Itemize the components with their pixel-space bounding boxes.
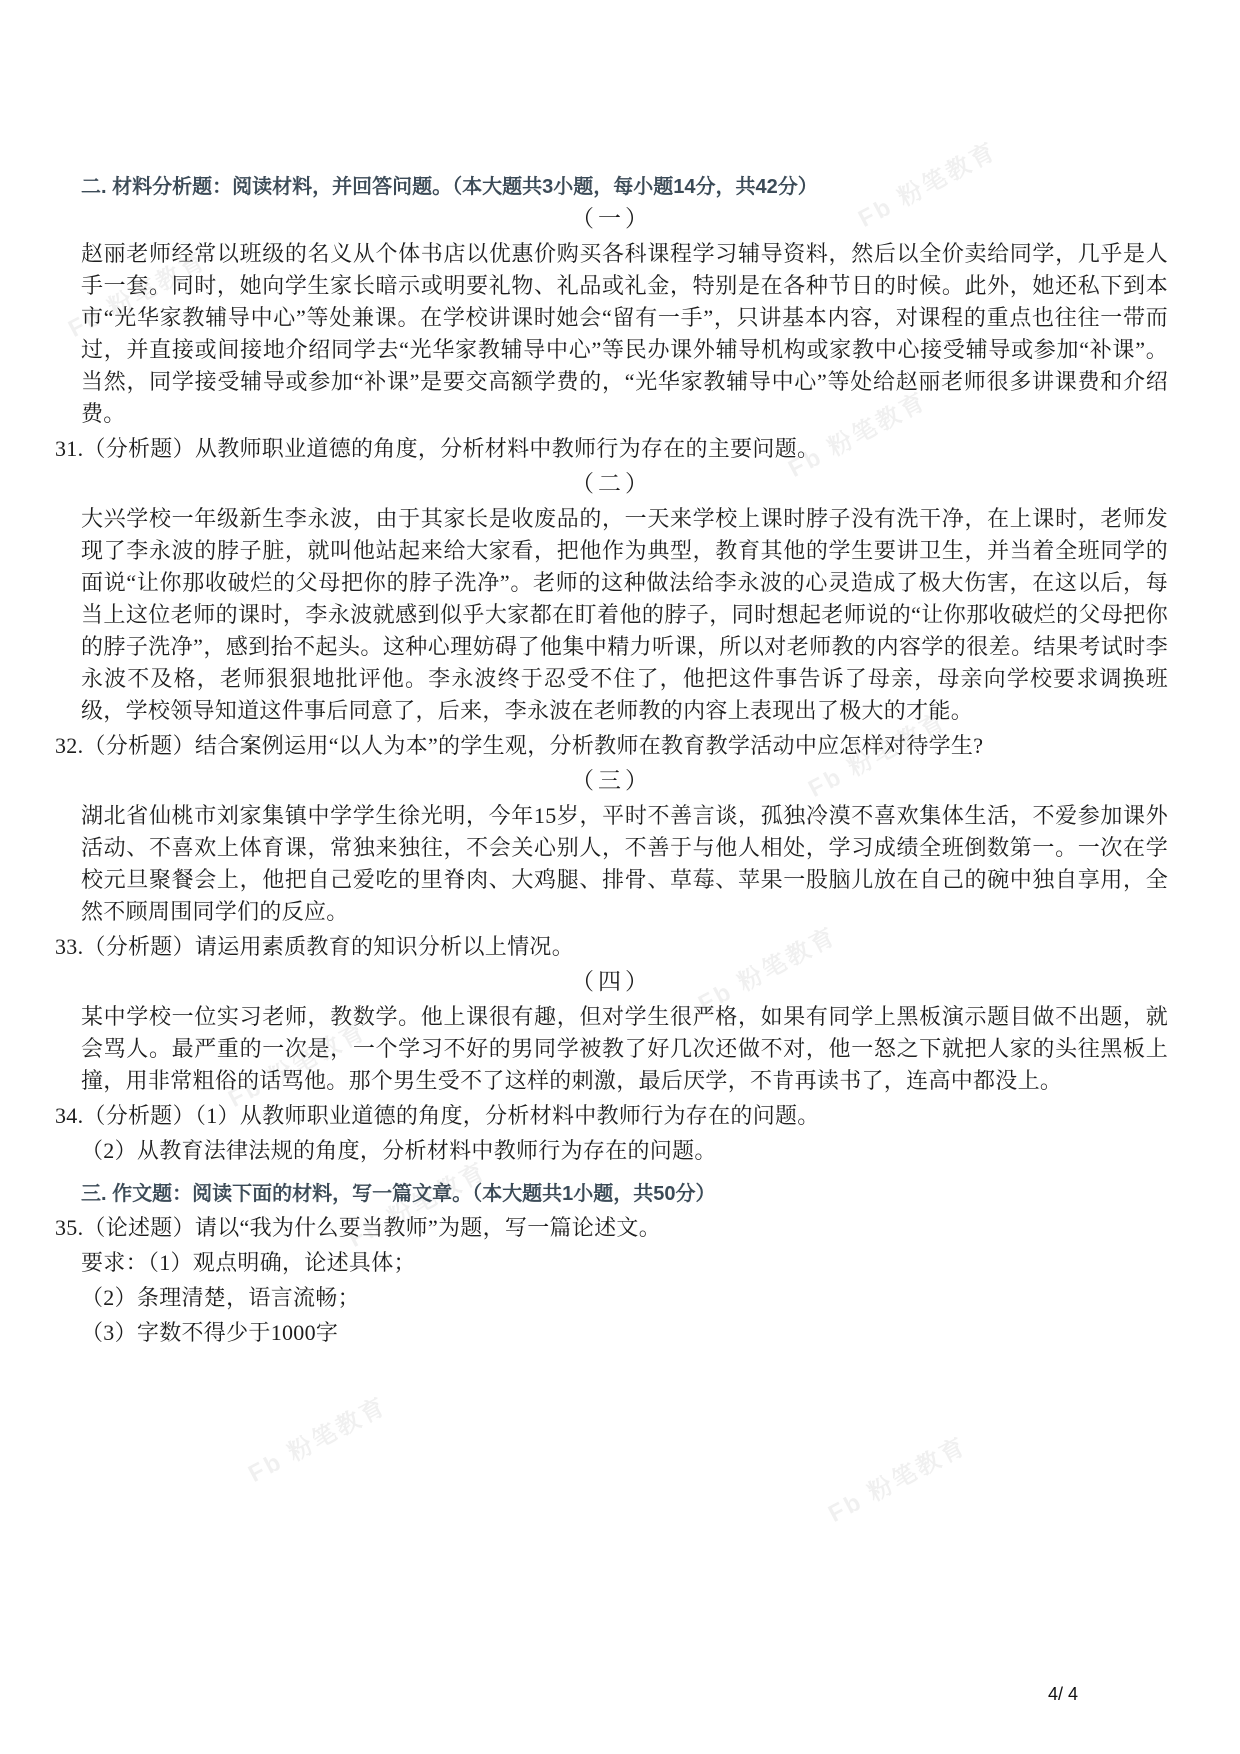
material-4-label: （四） <box>55 966 1168 998</box>
question-35-requirement-3: （3）字数不得少于1000字 <box>81 1317 1168 1349</box>
material-2-text: 大兴学校一年级新生李永波，由于其家长是收废品的，一天来学校上课时脖子没有洗干净，… <box>81 503 1168 727</box>
question-35-requirement-1: 要求：（1）观点明确，论述具体； <box>81 1247 1168 1279</box>
section-3-heading: 三. 作文题：阅读下面的材料，写一篇文章。（本大题共1小题，共50分） <box>81 1179 1168 1209</box>
watermark-text: Fb 粉笔教育 <box>821 1426 973 1529</box>
watermark-text: Fb 粉笔教育 <box>241 1386 393 1489</box>
question-34-part1: 34.（分析题）（1）从教师职业道德的角度，分析材料中教师行为存在的问题。 <box>55 1100 1168 1132</box>
exam-page: Fb 粉笔教育 Fb 粉笔教育 Fb 粉笔教育 Fb 粉笔教育 Fb 粉笔教育 … <box>0 0 1240 1754</box>
question-31: 31.（分析题）从教师职业道德的角度，分析材料中教师行为存在的主要问题。 <box>55 433 1168 465</box>
question-35-requirement-2: （2）条理清楚，语言流畅； <box>81 1282 1168 1314</box>
material-3-text: 湖北省仙桃市刘家集镇中学学生徐光明，今年15岁，平时不善言谈，孤独冷漠不喜欢集体… <box>81 800 1168 928</box>
material-2-label: （二） <box>55 468 1168 500</box>
material-1-text: 赵丽老师经常以班级的名义从个体书店以优惠价购买各科课程学习辅导资料，然后以全价卖… <box>81 238 1168 430</box>
section-2-heading: 二. 材料分析题：阅读材料，并回答问题。（本大题共3小题，每小题14分，共42分… <box>81 172 1168 202</box>
question-32: 32.（分析题）结合案例运用“以人为本”的学生观，分析教师在教育教学活动中应怎样… <box>55 730 1168 762</box>
material-3-label: （三） <box>55 765 1168 797</box>
material-4-text: 某中学校一位实习老师，教数学。他上课很有趣，但对学生很严格，如果有同学上黑板演示… <box>81 1001 1168 1097</box>
question-34-part2: （2）从教育法律法规的角度，分析材料中教师行为存在的问题。 <box>81 1135 1168 1167</box>
material-1-label: （一） <box>55 203 1168 235</box>
page-number: 4/ 4 <box>1048 1684 1078 1705</box>
question-33: 33.（分析题）请运用素质教育的知识分析以上情况。 <box>55 931 1168 963</box>
question-35: 35.（论述题）请以“我为什么要当教师”为题，写一篇论述文。 <box>55 1212 1168 1244</box>
exam-content: 二. 材料分析题：阅读材料，并回答问题。（本大题共3小题，每小题14分，共42分… <box>0 0 1240 1349</box>
